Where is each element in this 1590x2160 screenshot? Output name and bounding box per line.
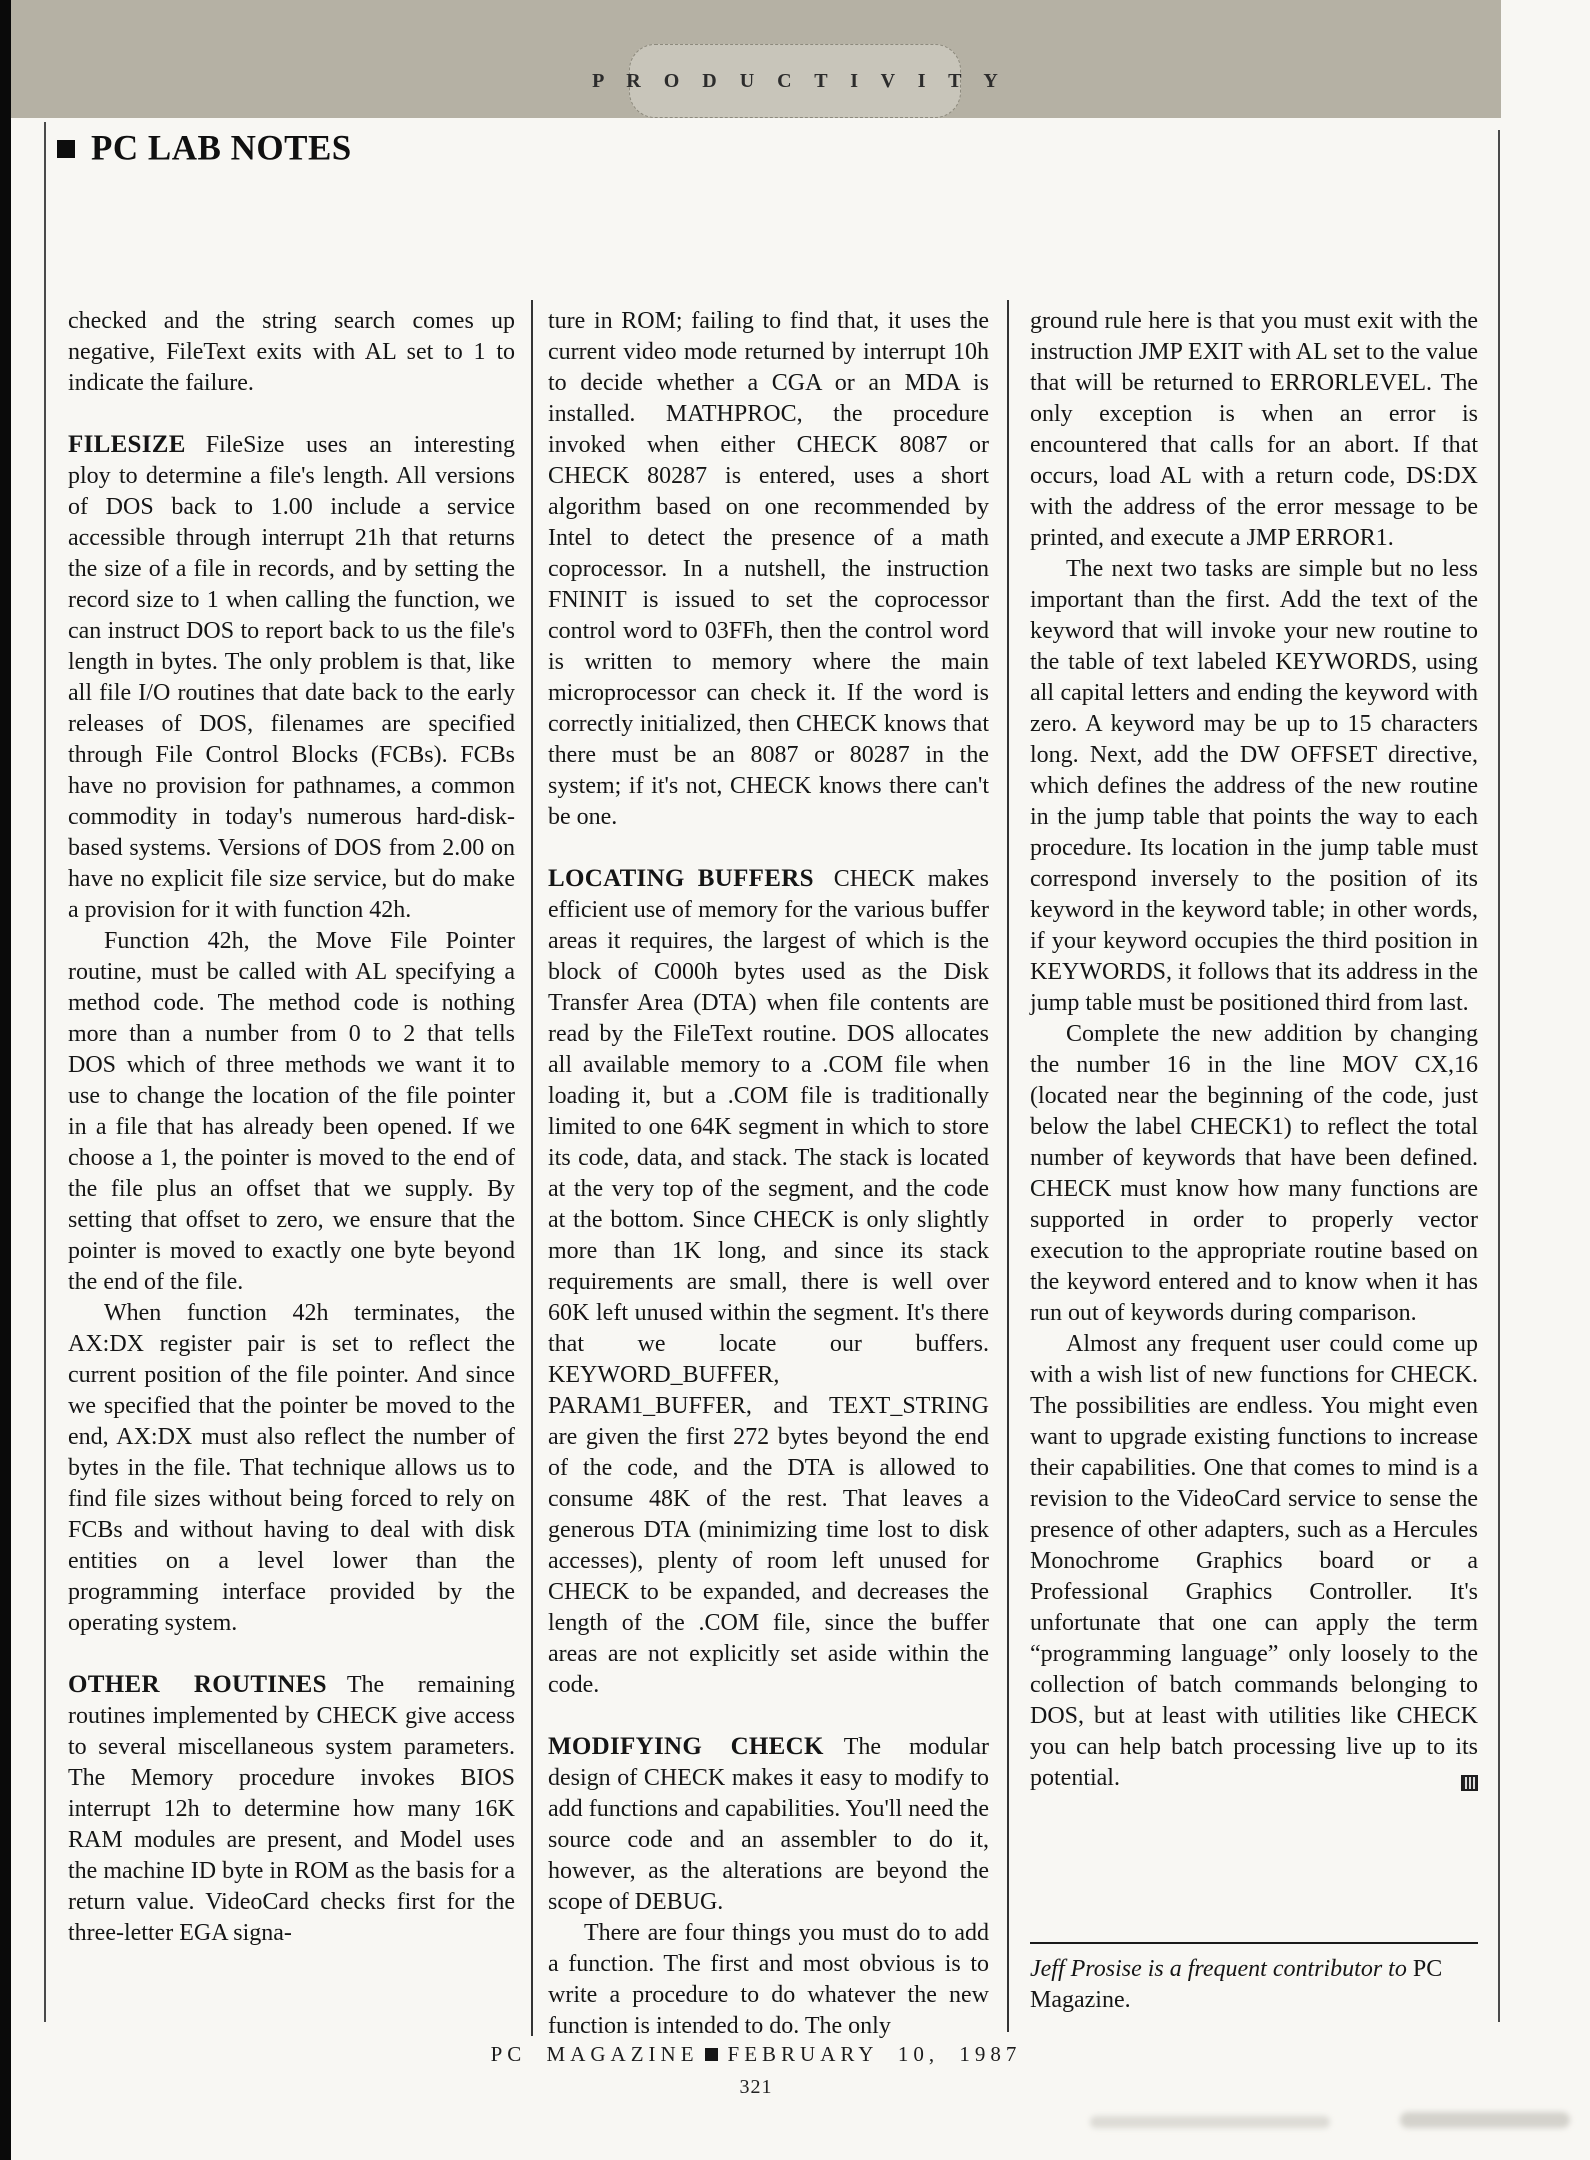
paragraph-text: There are four things you must do to add… <box>548 1920 989 2039</box>
paragraph: When function 42h terminates, the AX:DX … <box>68 1298 515 1639</box>
paragraph-text: CHECK makes efficient use of memory for … <box>548 866 989 1698</box>
paragraph-text: Complete the new addition by changing th… <box>1030 1021 1478 1326</box>
header-band: P R O D U C T I V I T Y <box>11 0 1501 118</box>
paragraph: OTHER ROUTINESThe remaining routines imp… <box>68 1669 515 1949</box>
column-3: ground rule here is that you must exit w… <box>1030 306 1478 1794</box>
footer-magazine-name: PC MAGAZINE <box>491 2042 699 2066</box>
scan-smudge <box>1090 2116 1330 2128</box>
column-divider-1 <box>531 300 533 2036</box>
paragraph: Almost any frequent user could come up w… <box>1030 1329 1478 1794</box>
paragraph-text: checked and the string search comes up n… <box>68 308 515 396</box>
kicker-label: P R O D U C T I V I T Y <box>583 70 1007 93</box>
paragraph: Complete the new addition by changing th… <box>1030 1019 1478 1329</box>
paragraph-text: ground rule here is that you must exit w… <box>1030 308 1478 551</box>
paragraph-text: The next two tasks are simple but no les… <box>1030 556 1478 1016</box>
section-head-other-routines: OTHER ROUTINES <box>68 1671 327 1698</box>
byline: Jeff Prosise is a frequent contributor t… <box>1030 1954 1478 2016</box>
paragraph-text: Almost any frequent user could come up w… <box>1030 1331 1478 1791</box>
paragraph: ture in ROM; failing to find that, it us… <box>548 306 989 833</box>
paragraph-text: ture in ROM; failing to find that, it us… <box>548 308 989 830</box>
paragraph: LOCATING BUFFERSCHECK makes efficient us… <box>548 863 989 1701</box>
paragraph-text: The remaining routines implemented by CH… <box>68 1672 515 1946</box>
paragraph: MODIFYING CHECKThe modular design of CHE… <box>548 1731 989 1918</box>
column-2: ture in ROM; failing to find that, it us… <box>548 306 989 2042</box>
scan-edge-bar <box>0 0 11 2160</box>
paragraph: Function 42h, the Move File Pointer rout… <box>68 926 515 1298</box>
paragraph: checked and the string search comes up n… <box>68 306 515 399</box>
section-head-locating-buffers: LOCATING BUFFERS <box>548 865 814 892</box>
section-head-filesize: FILESIZE <box>68 431 186 458</box>
byline-rule <box>1030 1942 1478 1944</box>
square-bullet-icon <box>57 140 75 158</box>
kicker-bubble: P R O D U C T I V I T Y <box>629 44 961 118</box>
page-number: 321 <box>11 2076 1501 2099</box>
paragraph-text: The modular design of CHECK makes it eas… <box>548 1734 989 1915</box>
paragraph: There are four things you must do to add… <box>548 1918 989 2042</box>
section-heading: PC LAB NOTES <box>57 128 352 168</box>
page-footer: PC MAGAZINEFEBRUARY 10, 1987 <box>11 2042 1501 2067</box>
paragraph: FILESIZEFileSize uses an interesting plo… <box>68 429 515 926</box>
magazine-page: P R O D U C T I V I T Y PC LAB NOTES che… <box>0 0 1590 2160</box>
section-title: PC LAB NOTES <box>91 127 352 169</box>
byline-block: Jeff Prosise is a frequent contributor t… <box>1030 1942 1478 2016</box>
end-of-article-icon <box>1461 1775 1478 1791</box>
footer-square-icon <box>705 2048 718 2061</box>
right-border-rule <box>1498 130 1500 2022</box>
paragraph: The next two tasks are simple but no les… <box>1030 554 1478 1019</box>
paragraph-text: When function 42h terminates, the AX:DX … <box>68 1300 515 1636</box>
left-border-rule <box>44 122 46 2022</box>
paragraph-text: Function 42h, the Move File Pointer rout… <box>68 928 515 1295</box>
scan-smudge <box>1400 2112 1570 2128</box>
paragraph-text: FileSize uses an interesting ploy to det… <box>68 432 515 923</box>
paragraph: ground rule here is that you must exit w… <box>1030 306 1478 554</box>
footer-date: FEBRUARY 10, 1987 <box>728 2042 1022 2066</box>
section-head-modifying-check: MODIFYING CHECK <box>548 1733 824 1760</box>
byline-italic-text: Jeff Prosise is a frequent contributor t… <box>1030 1956 1407 1982</box>
column-1: checked and the string search comes up n… <box>68 306 515 1949</box>
column-divider-2 <box>1007 300 1009 2032</box>
